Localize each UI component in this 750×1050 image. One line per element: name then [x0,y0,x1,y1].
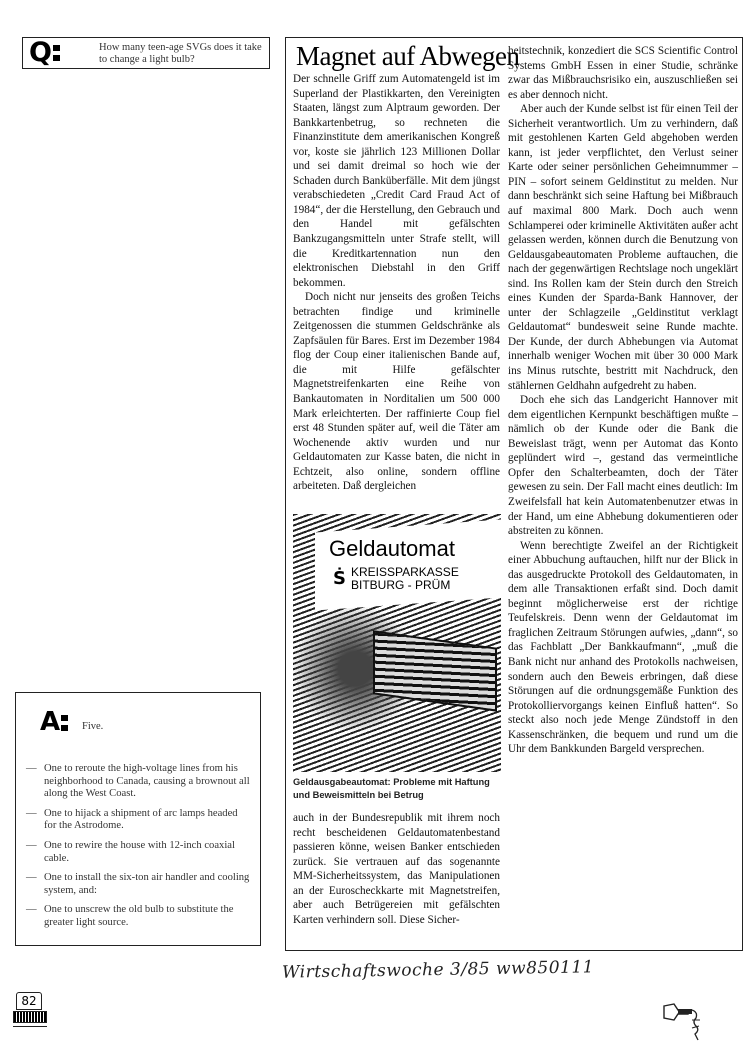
article-photo-atm: Geldautomat Ṡ KREISSPARKASSE BITBURG - P… [293,514,501,772]
article-headline: Magnet auf Abwegen [296,41,519,71]
answer-item: One to reroute the high-voltage lines fr… [24,763,252,801]
plug-hand-icon [662,998,706,1042]
a-label: A [40,709,68,735]
page-number-computer-icon: 82 [13,992,47,1030]
colon-mark [61,709,68,731]
bank-name-line2: BITBURG - PRÜM [351,579,459,592]
article-paragraph: Doch ehe sich das Landgericht Hannover m… [508,393,738,538]
answer-list: One to reroute the high-voltage lines fr… [24,763,252,937]
atm-sign-bank: KREISSPARKASSE BITBURG - PRÜM [351,566,459,592]
atm-sign-title: Geldautomat [329,536,455,562]
photo-caption: Geldausgabeautomat: Probleme mit Haftung… [293,776,503,802]
atm-keypad [373,630,497,711]
article-paragraph: Wenn berechtigte Zweifel an der Richtigk… [508,539,738,757]
answer-box: A Five. One to reroute the high-voltage … [15,692,261,946]
q-label: Q [29,39,60,67]
keyboard-icon [13,1011,47,1023]
article-paragraph: heitstechnik, konzediert die SCS Scienti… [508,44,738,102]
question-text: How many teen-age SVGs does it take to c… [99,42,269,66]
article-column-left-bottom: auch in der Bundesrepublik mit ihrem noc… [293,811,500,927]
article-paragraph: Doch nicht nur jenseits des großen Teich… [293,290,500,494]
article-box: Magnet auf Abwegen Der schnelle Griff zu… [285,37,743,951]
article-paragraph: auch in der Bundesrepublik mit ihrem noc… [293,811,500,927]
answer-item: One to hijack a shipment of arc lamps he… [24,808,252,833]
question-box: Q How many teen-age SVGs does it take to… [22,37,270,69]
handwritten-source-note: Wirtschaftswoche 3/85 ww850111 [282,957,594,982]
answer-item: One to rewire the house with 12-inch coa… [24,840,252,865]
answer-short: Five. [82,721,103,732]
article-paragraph: Der schnelle Griff zum Automatengeld ist… [293,72,500,290]
colon-mark [53,39,60,61]
article-column-left-top: Der schnelle Griff zum Automatengeld ist… [293,72,500,494]
page-number: 82 [16,992,42,1010]
article-paragraph: Aber auch der Kunde selbst ist für einen… [508,102,738,393]
keyboard-base [13,1023,47,1027]
sparkasse-logo-icon: Ṡ [333,567,345,591]
answer-item: One to install the six-ton air handler a… [24,872,252,897]
answer-item: One to unscrew the old bulb to substitut… [24,904,252,929]
article-column-right: heitstechnik, konzediert die SCS Scienti… [508,44,738,757]
